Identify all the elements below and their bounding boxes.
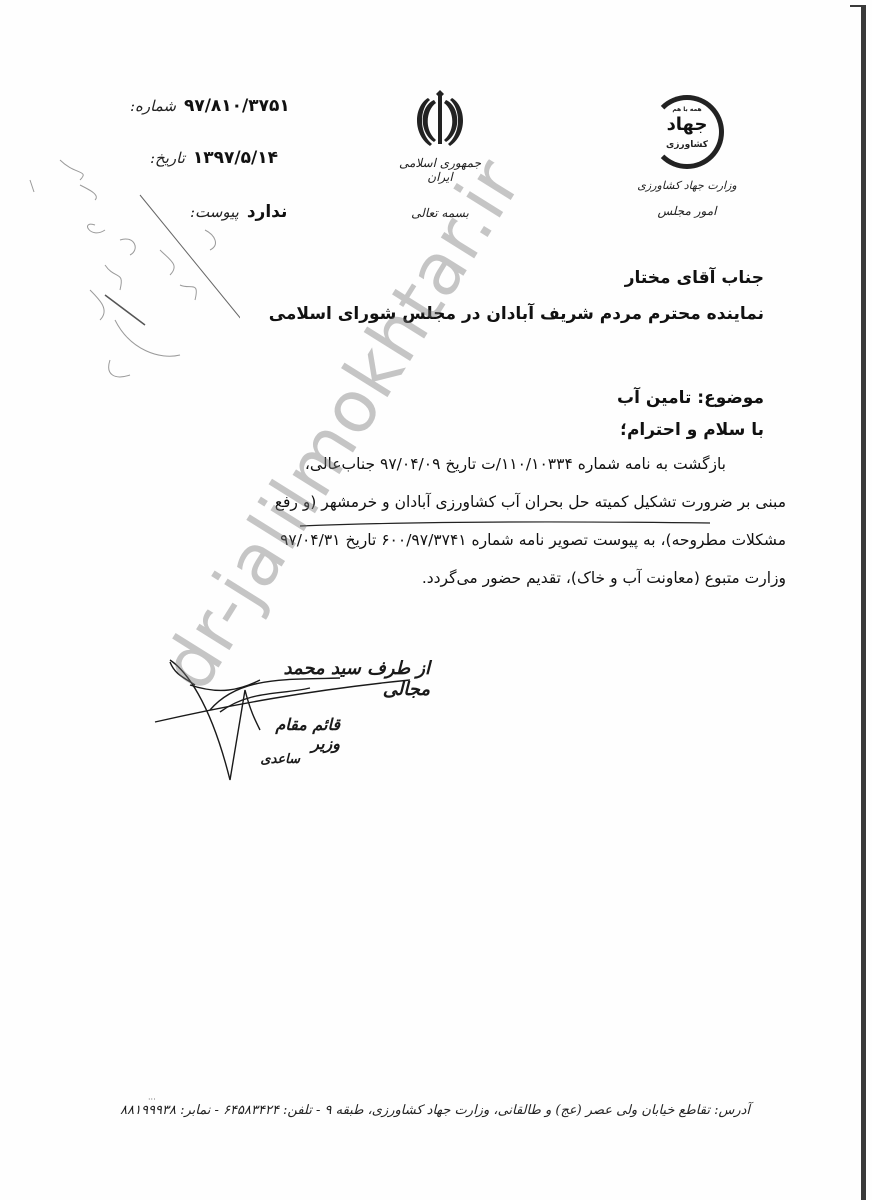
- invocation: بسمه تعالی: [390, 206, 490, 220]
- body-line: وزارت متبوع (معاونت آب و خاک)، تقدیم حضو…: [112, 559, 786, 597]
- signatory-subtitle: ساعدی: [250, 752, 300, 767]
- emblem-caption: جمهوری اسلامی ایران: [390, 156, 490, 184]
- letter-number-label: شماره:: [130, 97, 176, 115]
- recipient-name: جناب آقای مختار: [269, 260, 764, 296]
- greeting: با سلام و احترام؛: [617, 414, 764, 446]
- scan-edge: [861, 6, 866, 1200]
- body-line: مبنی بر ضرورت تشکیل کمیته حل بحران آب کش…: [112, 483, 786, 521]
- handwritten-note-icon: [20, 150, 240, 380]
- letter-attachment-value: ندارد: [247, 202, 288, 222]
- ministry-department: امور مجلس: [632, 204, 742, 218]
- recipient-block: جناب آقای مختار نماینده محترم مردم شریف …: [269, 260, 764, 332]
- subject-line: موضوع: تامین آب: [617, 382, 764, 414]
- body-line: بازگشت به نامه شماره ۱۱۰/۱۰۳۳۴/ت تاریخ ۹…: [112, 445, 786, 483]
- logo-title: جهاد: [655, 114, 719, 135]
- letter-number-value: ۹۷/۸۱۰/۳۷۵۱: [184, 96, 290, 116]
- letter-page: شماره: ۹۷/۸۱۰/۳۷۵۱ تاریخ: ۱۳۹۷/۵/۱۴ پیوس…: [0, 0, 872, 1200]
- recipient-title: نماینده محترم مردم شریف آبادان در مجلس ش…: [269, 296, 764, 332]
- logo-slogan: همه با هم: [655, 106, 719, 113]
- ministry-logo-block: همه با هم جهاد کشاورزی وزارت جهاد کشاورز…: [632, 95, 742, 218]
- subject-block: موضوع: تامین آب با سلام و احترام؛: [617, 382, 764, 446]
- logo-subtitle: کشاورزی: [655, 140, 719, 150]
- signatory-name: از طرف سید محمد مجالی: [250, 658, 430, 700]
- signatory-title: قائم مقام وزیر: [260, 715, 340, 753]
- handwritten-underline-icon: [300, 520, 710, 528]
- iran-emblem-icon: [412, 88, 468, 152]
- iran-emblem: جمهوری اسلامی ایران بسمه تعالی: [390, 88, 490, 220]
- letter-number: شماره: ۹۷/۸۱۰/۳۷۵۱: [130, 96, 280, 116]
- ministry-logo-icon: همه با هم جهاد کشاورزی: [650, 95, 724, 169]
- ministry-name: وزارت جهاد کشاورزی: [632, 179, 742, 192]
- footer-address: آدرس: تقاطع خیابان ولی عصر (عج) و طالقان…: [140, 1103, 750, 1118]
